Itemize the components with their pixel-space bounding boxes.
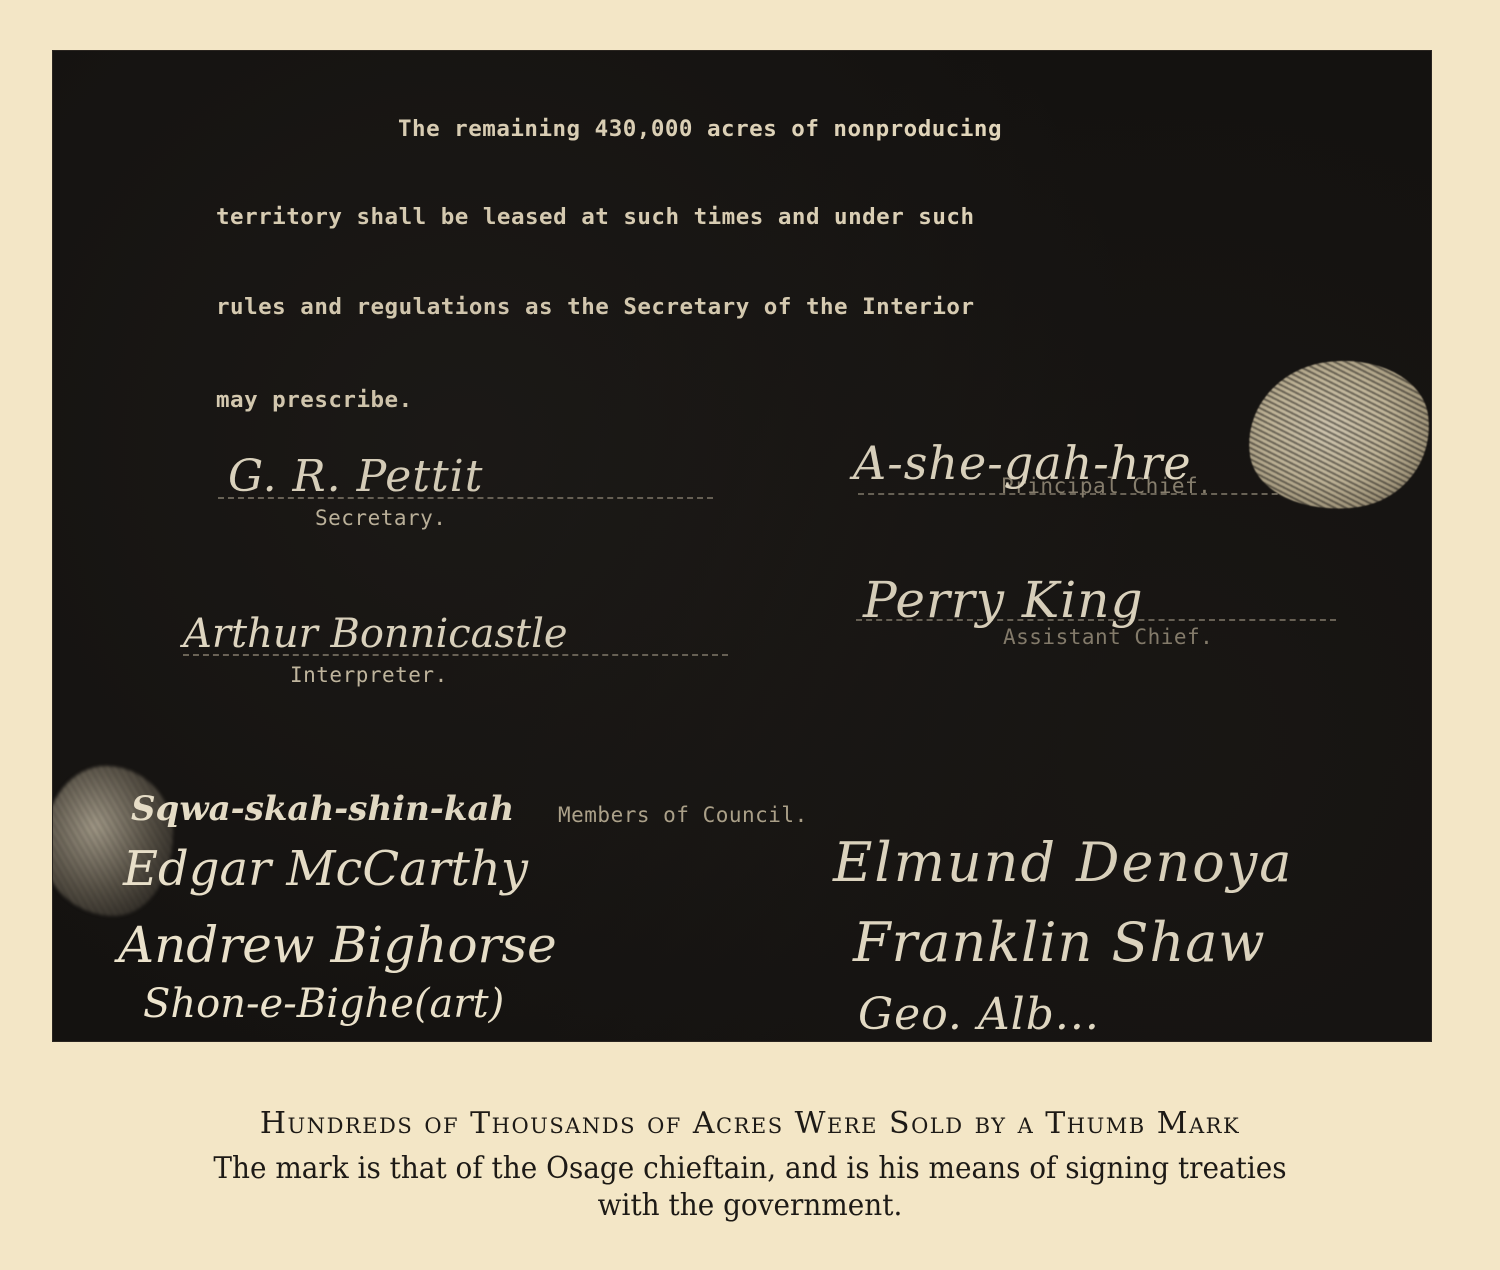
signature-line [218,497,713,499]
title-secretary: Secretary. [315,506,446,530]
principal-chief-thumb-mark [1239,349,1431,521]
council-signature-2: Edgar McCarthy [123,841,528,897]
signature-secretary: G. R. Pettit [228,451,483,502]
council-label: Members of Council. [558,803,808,827]
caption-body-line-1: The mark is that of the Osage chieftain,… [53,1151,1448,1186]
caption-title: Hundreds of Thousands of Acres Were Sold… [0,1106,1500,1141]
council-signature-1: Sqwa-skah-shin-kah [131,789,514,829]
typed-line-2: territory shall be leased at such times … [216,204,975,230]
signature-principal-chief: A-she-gah-hre [853,436,1192,490]
signature-assistant-chief: Perry King [863,571,1143,629]
signature-line [183,654,728,656]
signature-interpreter: Arthur Bonnicastle [183,611,568,657]
council-signature-4: Shon-e-Bighe(art) [143,981,504,1027]
council-signature-5: Elmund Denoya [833,831,1293,894]
title-interpreter: Interpreter. [290,663,448,687]
caption-body-line-2: with the government. [53,1188,1448,1223]
council-signature-7: Geo. Alb... [858,989,1100,1040]
typed-line-3: rules and regulations as the Secretary o… [216,294,975,320]
document-photo-plate: The remaining 430,000 acres of nonproduc… [53,51,1431,1041]
council-signature-6: Franklin Shaw [853,911,1266,974]
council-signature-3: Andrew Bighorse [118,916,557,974]
typed-line-4: may prescribe. [216,387,413,413]
typed-line-1: The remaining 430,000 acres of nonproduc… [398,116,1002,142]
